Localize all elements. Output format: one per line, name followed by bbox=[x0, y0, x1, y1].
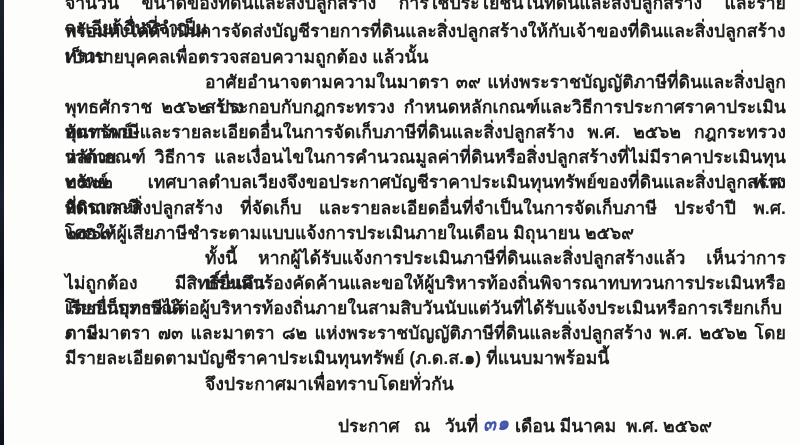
body-line-14: ตามมาตรา ๗๓ และมาตรา ๘๒ แห่งพระราชบัญญัต… bbox=[65, 321, 786, 346]
scanned-document-page: จำนวน ขนาดของที่ดินและสิ่งปลูกสร้าง การใ… bbox=[0, 0, 800, 445]
scan-edge-artifact bbox=[0, 0, 4, 445]
handwritten-day-number: ๓๑ bbox=[482, 411, 511, 439]
issuance-date-line: ประกาศ ณ วันที่ ๓๑ เดือน มีนาคม พ.ศ. ๒๕๖… bbox=[338, 413, 712, 440]
date-suffix: เดือน มีนาคม พ.ศ. ๒๕๖๙ bbox=[510, 416, 712, 436]
date-prefix: ประกาศ ณ วันที่ bbox=[338, 416, 483, 436]
body-line-3: เป็นรายบุคคลเพื่อตรวจสอบความถูกต้อง แล้ว… bbox=[65, 45, 786, 70]
body-line-15: มีรายละเอียดตามบัญชีราคาประเมินทุนทรัพย์… bbox=[65, 346, 786, 371]
body-line-10: โดยให้ผู้เสียภาษีชำระตามแบบแจ้งการประเมิ… bbox=[65, 221, 786, 246]
closing-line: จึงประกาศมาเพื่อทราบโดยทั่วกัน bbox=[205, 372, 786, 397]
